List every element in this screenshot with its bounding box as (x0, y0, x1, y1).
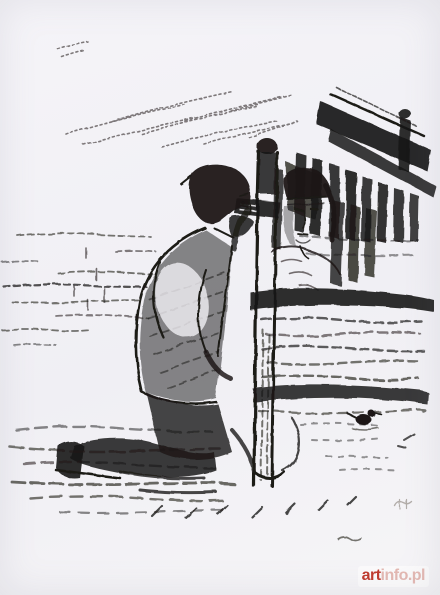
watermark: artinfo.pl (358, 566, 429, 587)
sky-hatching (58, 42, 297, 147)
woman-kerchief (283, 168, 331, 200)
artwork-drawing (0, 0, 440, 595)
scanned-artwork-page: artinfo.pl (0, 0, 440, 595)
artist-monogram (395, 500, 412, 509)
watermark-art-part: art (362, 567, 381, 584)
wall-ledge-and-furrows (250, 288, 434, 470)
watermark-info-part: info.pl (381, 567, 425, 584)
field-hatching-left (2, 233, 156, 345)
